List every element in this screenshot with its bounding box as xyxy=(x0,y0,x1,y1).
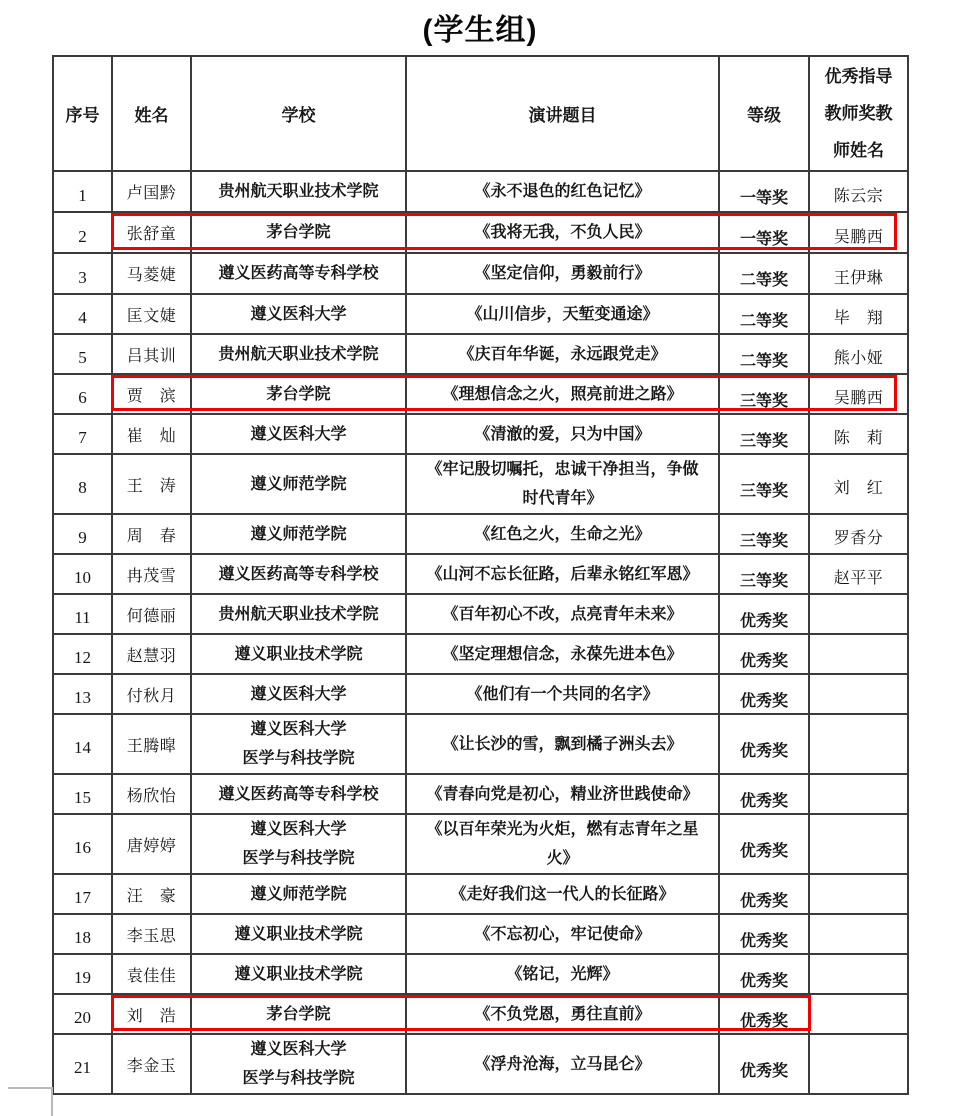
cell-name: 周 春 xyxy=(112,514,191,554)
cell-name: 杨欣怡 xyxy=(112,774,191,814)
cell-speech-title: 《以百年荣光为火炬，燃有志青年之星火》 xyxy=(406,814,719,874)
cell-award-grade: 优秀奖 xyxy=(719,1034,809,1094)
cell-no: 8 xyxy=(53,454,112,514)
cell-name: 赵慧羽 xyxy=(112,634,191,674)
cell-award-grade: 优秀奖 xyxy=(719,994,809,1034)
cell-school: 遵义医科大学医学与科技学院 xyxy=(191,814,406,874)
cell-name: 李玉思 xyxy=(112,914,191,954)
table-row-13: 13付秋月遵义医科大学《他们有一个共同的名字》优秀奖 xyxy=(53,674,908,714)
cell-speech-title: 《青春向党是初心，精业济世践使命》 xyxy=(406,774,719,814)
cell-award-grade: 三等奖 xyxy=(719,554,809,594)
cell-no: 17 xyxy=(53,874,112,914)
cell-name: 袁佳佳 xyxy=(112,954,191,994)
cell-speech-title: 《不负党恩，勇往直前》 xyxy=(406,994,719,1034)
cell-school: 遵义医药高等专科学校 xyxy=(191,554,406,594)
cell-teacher-name xyxy=(809,634,908,674)
cell-teacher-name: 陈云宗 xyxy=(809,171,908,212)
cell-school: 茅台学院 xyxy=(191,212,406,253)
cell-school: 遵义医药高等专科学校 xyxy=(191,253,406,294)
cell-award-grade: 三等奖 xyxy=(719,374,809,414)
cell-name: 王 涛 xyxy=(112,454,191,514)
cell-no: 15 xyxy=(53,774,112,814)
table-row-12: 12赵慧羽遵义职业技术学院《坚定理想信念，永葆先进本色》优秀奖 xyxy=(53,634,908,674)
cell-school: 遵义师范学院 xyxy=(191,454,406,514)
cell-school: 遵义医科大学 xyxy=(191,674,406,714)
cell-teacher-name xyxy=(809,674,908,714)
cell-award-grade: 优秀奖 xyxy=(719,914,809,954)
cell-school: 遵义医科大学 xyxy=(191,294,406,334)
cell-school: 遵义医科大学医学与科技学院 xyxy=(191,714,406,774)
cell-speech-title: 《山川信步，天堑变通途》 xyxy=(406,294,719,334)
table-row-2: 2张舒童茅台学院《我将无我，不负人民》一等奖吴鹏西 xyxy=(53,212,908,253)
cell-school: 遵义职业技术学院 xyxy=(191,914,406,954)
cell-no: 13 xyxy=(53,674,112,714)
cell-name: 李金玉 xyxy=(112,1034,191,1094)
cell-award-grade: 三等奖 xyxy=(719,414,809,454)
cell-name: 冉茂雪 xyxy=(112,554,191,594)
cell-no: 11 xyxy=(53,594,112,634)
cell-speech-title: 《铭记，光辉》 xyxy=(406,954,719,994)
table-row-17: 17汪 豪遵义师范学院《走好我们这一代人的长征路》优秀奖 xyxy=(53,874,908,914)
cell-school: 茅台学院 xyxy=(191,374,406,414)
cell-no: 3 xyxy=(53,253,112,294)
cell-speech-title: 《让长沙的雪，飘到橘子洲头去》 xyxy=(406,714,719,774)
cell-no: 21 xyxy=(53,1034,112,1094)
cell-teacher-name: 毕 翔 xyxy=(809,294,908,334)
table-row-19: 19袁佳佳遵义职业技术学院《铭记，光辉》优秀奖 xyxy=(53,954,908,994)
table-row-10: 10冉茂雪遵义医药高等专科学校《山河不忘长征路，后辈永铭红军恩》三等奖赵平平 xyxy=(53,554,908,594)
cell-speech-title: 《坚定信仰，勇毅前行》 xyxy=(406,253,719,294)
cell-name: 何德丽 xyxy=(112,594,191,634)
table-row-14: 14王腾暭遵义医科大学医学与科技学院《让长沙的雪，飘到橘子洲头去》优秀奖 xyxy=(53,714,908,774)
table-row-9: 9周 春遵义师范学院《红色之火，生命之光》三等奖罗香分 xyxy=(53,514,908,554)
cell-teacher-name xyxy=(809,874,908,914)
table-row-21: 21李金玉遵义医科大学医学与科技学院《浮舟沧海，立马昆仑》优秀奖 xyxy=(53,1034,908,1094)
table-row-20: 20刘 浩茅台学院《不负党恩，勇往直前》优秀奖 xyxy=(53,994,908,1034)
cell-teacher-name xyxy=(809,954,908,994)
cell-award-grade: 优秀奖 xyxy=(719,874,809,914)
cell-name: 王腾暭 xyxy=(112,714,191,774)
cell-teacher-name: 罗香分 xyxy=(809,514,908,554)
cell-no: 4 xyxy=(53,294,112,334)
cell-name: 汪 豪 xyxy=(112,874,191,914)
table-row-7: 7崔 灿遵义医科大学《清澈的爱，只为中国》三等奖陈 莉 xyxy=(53,414,908,454)
cell-name: 马菱婕 xyxy=(112,253,191,294)
cell-no: 10 xyxy=(53,554,112,594)
cell-school: 遵义医科大学医学与科技学院 xyxy=(191,1034,406,1094)
cell-name: 刘 浩 xyxy=(112,994,191,1034)
cell-speech-title: 《理想信念之火，照亮前进之路》 xyxy=(406,374,719,414)
cell-speech-title: 《他们有一个共同的名字》 xyxy=(406,674,719,714)
cell-award-grade: 优秀奖 xyxy=(719,714,809,774)
table-row-15: 15杨欣怡遵义医药高等专科学校《青春向党是初心，精业济世践使命》优秀奖 xyxy=(53,774,908,814)
table-row-1: 1卢国黔贵州航天职业技术学院《永不退色的红色记忆》一等奖陈云宗 xyxy=(53,171,908,212)
cell-no: 2 xyxy=(53,212,112,253)
document-page: (学生组) 序号 姓名 学校 演讲题目 等级 优秀指导 教师奖教 师姓名 xyxy=(0,0,960,1116)
col-header-teacher-line3: 师姓名 xyxy=(810,132,907,169)
col-header-teacher-line2: 教师奖教 xyxy=(810,95,907,132)
cell-name: 吕其训 xyxy=(112,334,191,374)
col-header-name: 姓名 xyxy=(112,56,191,171)
cell-teacher-name: 熊小娅 xyxy=(809,334,908,374)
cell-teacher-name: 王伊琳 xyxy=(809,253,908,294)
cell-teacher-name: 陈 莉 xyxy=(809,414,908,454)
cell-teacher-name xyxy=(809,714,908,774)
cell-award-grade: 优秀奖 xyxy=(719,634,809,674)
cell-no: 18 xyxy=(53,914,112,954)
cell-award-grade: 一等奖 xyxy=(719,171,809,212)
cell-speech-title: 《红色之火，生命之光》 xyxy=(406,514,719,554)
cell-speech-title: 《山河不忘长征路，后辈永铭红军恩》 xyxy=(406,554,719,594)
cell-name: 张舒童 xyxy=(112,212,191,253)
cell-teacher-name xyxy=(809,994,908,1034)
cell-speech-title: 《坚定理想信念，永葆先进本色》 xyxy=(406,634,719,674)
cell-speech-title: 《庆百年华诞，永远跟党走》 xyxy=(406,334,719,374)
cell-no: 5 xyxy=(53,334,112,374)
cell-award-grade: 三等奖 xyxy=(719,454,809,514)
cell-no: 1 xyxy=(53,171,112,212)
col-header-no: 序号 xyxy=(53,56,112,171)
table-row-3: 3马菱婕遵义医药高等专科学校《坚定信仰，勇毅前行》二等奖王伊琳 xyxy=(53,253,908,294)
table-row-6: 6贾 滨茅台学院《理想信念之火，照亮前进之路》三等奖吴鹏西 xyxy=(53,374,908,414)
cell-no: 16 xyxy=(53,814,112,874)
table-row-16: 16唐婷婷遵义医科大学医学与科技学院《以百年荣光为火炬，燃有志青年之星火》优秀奖 xyxy=(53,814,908,874)
cell-name: 卢国黔 xyxy=(112,171,191,212)
cell-teacher-name xyxy=(809,914,908,954)
col-header-grade: 等级 xyxy=(719,56,809,171)
cell-school: 遵义职业技术学院 xyxy=(191,954,406,994)
cell-speech-title: 《百年初心不改，点亮青年未来》 xyxy=(406,594,719,634)
cell-teacher-name xyxy=(809,1034,908,1094)
cell-award-grade: 二等奖 xyxy=(719,334,809,374)
cell-no: 9 xyxy=(53,514,112,554)
gridline-extension-vertical xyxy=(51,1089,53,1116)
cell-school: 贵州航天职业技术学院 xyxy=(191,171,406,212)
cell-name: 付秋月 xyxy=(112,674,191,714)
cell-school: 遵义师范学院 xyxy=(191,514,406,554)
cell-award-grade: 优秀奖 xyxy=(719,594,809,634)
cell-name: 贾 滨 xyxy=(112,374,191,414)
cell-no: 6 xyxy=(53,374,112,414)
cell-teacher-name: 刘 红 xyxy=(809,454,908,514)
cell-name: 匡文婕 xyxy=(112,294,191,334)
gridline-extension-horizontal xyxy=(8,1087,53,1089)
header-row: 序号 姓名 学校 演讲题目 等级 优秀指导 教师奖教 师姓名 xyxy=(53,56,908,171)
cell-speech-title: 《不忘初心，牢记使命》 xyxy=(406,914,719,954)
student-awards-table: 序号 姓名 学校 演讲题目 等级 优秀指导 教师奖教 师姓名 1卢国黔贵州航天职… xyxy=(52,55,909,1095)
cell-name: 崔 灿 xyxy=(112,414,191,454)
cell-teacher-name: 吴鹏西 xyxy=(809,212,908,253)
cell-speech-title: 《我将无我，不负人民》 xyxy=(406,212,719,253)
col-header-teacher-line1: 优秀指导 xyxy=(810,58,907,95)
cell-teacher-name xyxy=(809,774,908,814)
cell-award-grade: 二等奖 xyxy=(719,253,809,294)
cell-no: 12 xyxy=(53,634,112,674)
cell-teacher-name xyxy=(809,594,908,634)
cell-award-grade: 二等奖 xyxy=(719,294,809,334)
cell-teacher-name xyxy=(809,814,908,874)
cell-speech-title: 《牢记殷切嘱托，忠诚干净担当，争做时代青年》 xyxy=(406,454,719,514)
cell-award-grade: 三等奖 xyxy=(719,514,809,554)
cell-speech-title: 《走好我们这一代人的长征路》 xyxy=(406,874,719,914)
cell-school: 遵义职业技术学院 xyxy=(191,634,406,674)
cell-no: 19 xyxy=(53,954,112,994)
cell-award-grade: 优秀奖 xyxy=(719,954,809,994)
cell-teacher-name: 赵平平 xyxy=(809,554,908,594)
table-row-11: 11何德丽贵州航天职业技术学院《百年初心不改，点亮青年未来》优秀奖 xyxy=(53,594,908,634)
col-header-teacher: 优秀指导 教师奖教 师姓名 xyxy=(809,56,908,171)
cell-name: 唐婷婷 xyxy=(112,814,191,874)
cell-school: 贵州航天职业技术学院 xyxy=(191,594,406,634)
cell-school: 遵义医科大学 xyxy=(191,414,406,454)
col-header-speech-title: 演讲题目 xyxy=(406,56,719,171)
table-row-4: 4匡文婕遵义医科大学《山川信步，天堑变通途》二等奖毕 翔 xyxy=(53,294,908,334)
cell-teacher-name: 吴鹏西 xyxy=(809,374,908,414)
cell-award-grade: 优秀奖 xyxy=(719,774,809,814)
table-row-5: 5吕其训贵州航天职业技术学院《庆百年华诞，永远跟党走》二等奖熊小娅 xyxy=(53,334,908,374)
cell-no: 14 xyxy=(53,714,112,774)
cell-no: 20 xyxy=(53,994,112,1034)
cell-school: 茅台学院 xyxy=(191,994,406,1034)
cell-no: 7 xyxy=(53,414,112,454)
page-title: (学生组) xyxy=(0,5,960,49)
cell-school: 贵州航天职业技术学院 xyxy=(191,334,406,374)
cell-award-grade: 优秀奖 xyxy=(719,674,809,714)
cell-award-grade: 一等奖 xyxy=(719,212,809,253)
cell-speech-title: 《浮舟沧海，立马昆仑》 xyxy=(406,1034,719,1094)
cell-speech-title: 《清澈的爱，只为中国》 xyxy=(406,414,719,454)
table-row-18: 18李玉思遵义职业技术学院《不忘初心，牢记使命》优秀奖 xyxy=(53,914,908,954)
col-header-school: 学校 xyxy=(191,56,406,171)
cell-award-grade: 优秀奖 xyxy=(719,814,809,874)
cell-school: 遵义师范学院 xyxy=(191,874,406,914)
cell-school: 遵义医药高等专科学校 xyxy=(191,774,406,814)
cell-speech-title: 《永不退色的红色记忆》 xyxy=(406,171,719,212)
table-row-8: 8王 涛遵义师范学院《牢记殷切嘱托，忠诚干净担当，争做时代青年》三等奖刘 红 xyxy=(53,454,908,514)
